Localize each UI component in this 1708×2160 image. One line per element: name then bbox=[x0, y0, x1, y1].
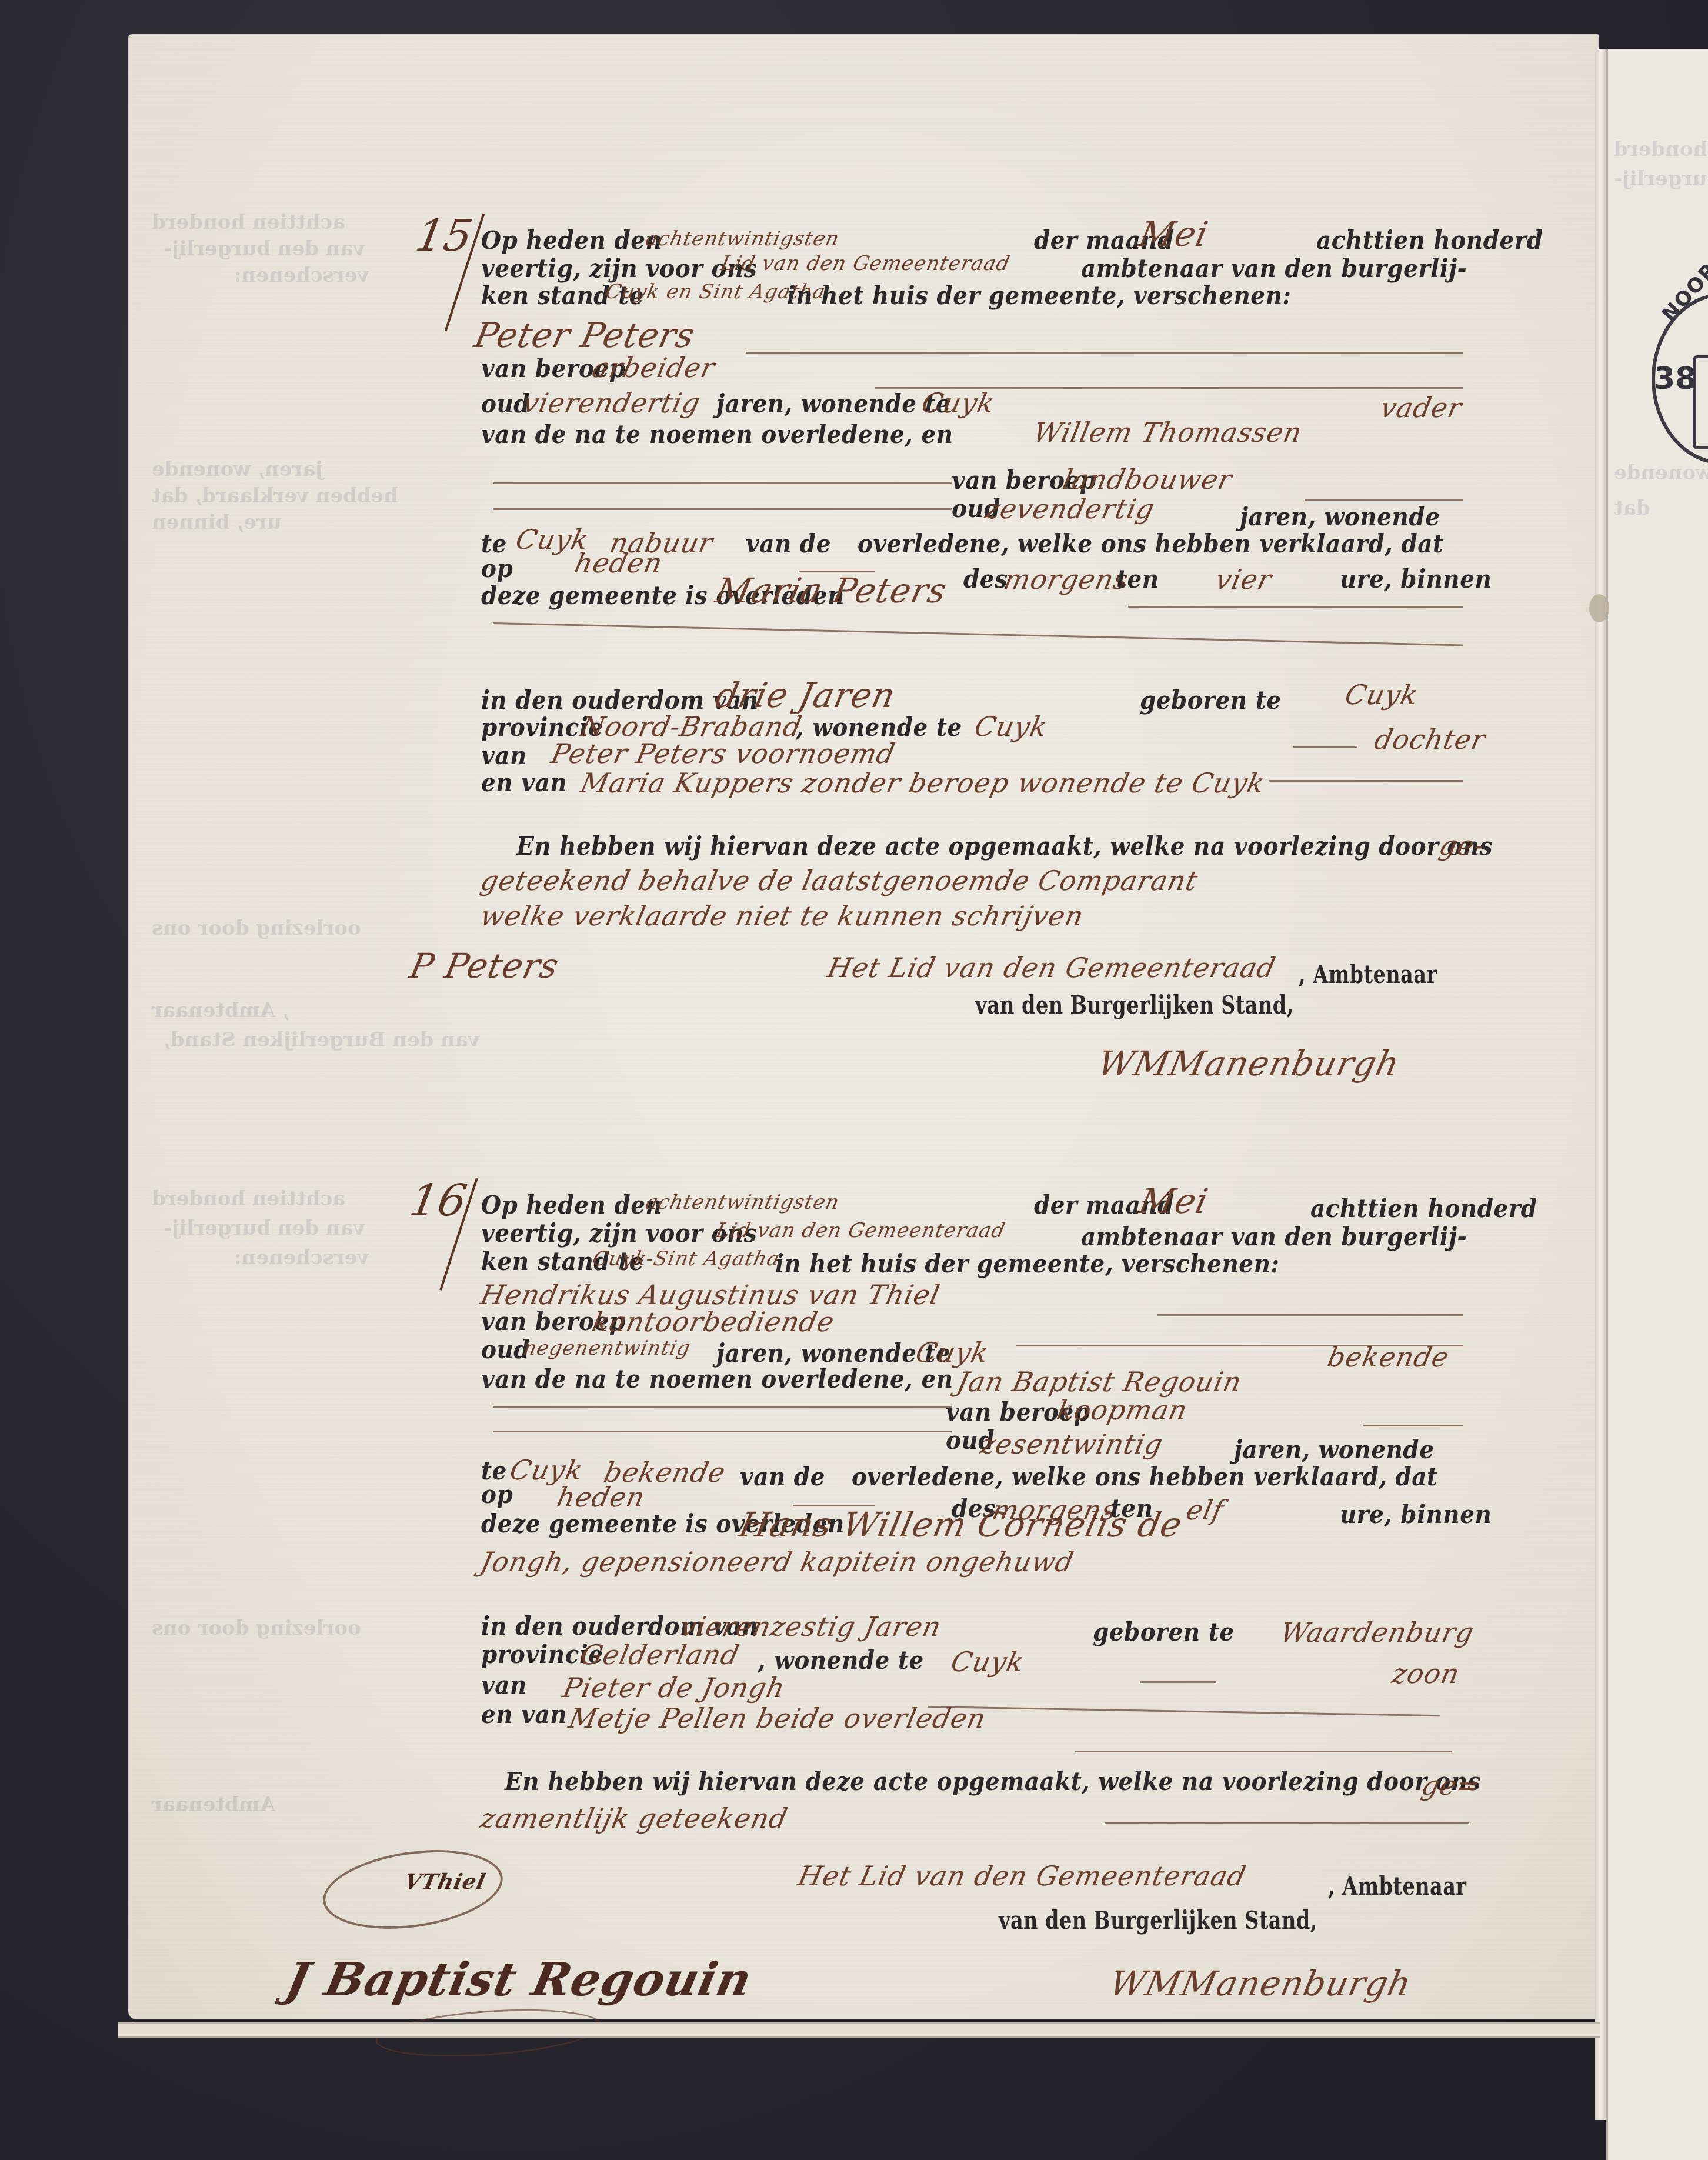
bleed-through-text: oorlezing door ons bbox=[152, 1616, 361, 1640]
handwritten-closing-note: welke verklaarde niet te kunnen schrijve… bbox=[478, 900, 1086, 932]
fill-line bbox=[1305, 499, 1463, 501]
handwritten-time-of-day: morgens bbox=[1001, 564, 1132, 595]
printed-text: op bbox=[481, 1479, 513, 1509]
handwritten-declarant2-age: zesentwintig bbox=[978, 1428, 1166, 1460]
handwritten-declarant1-residence: Cuyk bbox=[919, 387, 998, 419]
printed-text: op bbox=[481, 553, 513, 584]
printed-text: jaren, wonende bbox=[1240, 501, 1440, 532]
bleed-through-text: van den burgerlij- bbox=[164, 1216, 365, 1240]
handwritten-child-relation: zoon bbox=[1389, 1658, 1463, 1689]
printed-text: van den Burgerlijken Stand, bbox=[999, 1905, 1317, 1935]
handwritten-deceased-name: Maria Peters bbox=[712, 571, 951, 611]
printed-text: en van bbox=[481, 767, 567, 798]
handwritten-death-day: heden bbox=[572, 547, 666, 579]
bleed-through-text: verschenen: bbox=[234, 1246, 369, 1269]
bleed-through-text: verschenen: bbox=[234, 264, 369, 287]
printed-text: overledene, welke ons hebben verklaard, … bbox=[852, 1461, 1437, 1492]
printed-text: van den Burgerlijken Stand, bbox=[975, 990, 1294, 1020]
stamp-frame bbox=[1693, 355, 1708, 449]
printed-text: des bbox=[963, 564, 1008, 594]
printed-text: van de bbox=[740, 1461, 825, 1492]
printed-text: Op heden den bbox=[481, 225, 662, 255]
printed-text: veertig, zijn voor ons bbox=[481, 253, 757, 284]
printed-text: van de na te noemen overledene, en bbox=[481, 419, 953, 449]
printed-text: jaren, wonende te bbox=[716, 388, 950, 419]
printed-text: , wonende te bbox=[758, 1645, 924, 1675]
fill-line bbox=[928, 1706, 1440, 1716]
fill-line bbox=[493, 622, 1463, 646]
handwritten-declarant1-name: Peter Peters bbox=[471, 315, 699, 355]
stamp-number: 38 bbox=[1654, 361, 1696, 396]
printed-text: ambtenaar van den burgerlij- bbox=[1081, 1221, 1467, 1252]
handwritten-deceased-age: drie Jaren bbox=[712, 675, 899, 715]
handwritten-registrar-title: Lid van den Gemeenteraad bbox=[719, 252, 1012, 275]
handwritten-birthplace: Waardenburg bbox=[1277, 1616, 1477, 1648]
handwritten-day: achtentwintigsten bbox=[643, 227, 842, 251]
printed-text: ten bbox=[1116, 564, 1159, 594]
printed-text: achttien honderd bbox=[1316, 225, 1543, 255]
handwritten-closing-note: ge- bbox=[1436, 829, 1487, 861]
handwritten-declarant2-name: Jan Baptist Regouin bbox=[954, 1366, 1245, 1398]
printed-text: , Ambtenaar bbox=[1299, 959, 1437, 989]
handwritten-mother: Maria Kuppers zonder beroep wonende te C… bbox=[578, 767, 1267, 799]
printed-text: , Ambtenaar bbox=[1328, 1871, 1466, 1901]
handwritten-declarant1-occupation: arbeider bbox=[589, 352, 718, 384]
signature-declarant2: J Baptist Regouin bbox=[281, 1953, 756, 2006]
handwritten-deceased-age: vierenzestig Jaren bbox=[678, 1611, 944, 1642]
printed-text: van bbox=[481, 1669, 527, 1700]
handwritten-month: Mei bbox=[1136, 214, 1212, 254]
fill-line bbox=[493, 1431, 952, 1432]
fill-line bbox=[493, 482, 952, 484]
printed-text: ambtenaar van den burgerlij- bbox=[1081, 253, 1467, 284]
handwritten-declarant1-relation: vader bbox=[1377, 392, 1465, 424]
printed-text: achttien honderd bbox=[1310, 1193, 1537, 1224]
printed-text: in het huis der gemeente, verschenen: bbox=[775, 1248, 1279, 1279]
handwritten-closing-note: zamentlijk geteekend bbox=[478, 1802, 790, 1834]
printed-text: ure, binnen bbox=[1340, 1499, 1492, 1529]
signature-registrar: WMManenburgh bbox=[1095, 1044, 1403, 1084]
page-bottom-edge bbox=[118, 2022, 1600, 2038]
printed-text: geboren te bbox=[1093, 1616, 1235, 1647]
bleed-through-text: van den Burgerlijken Stand, bbox=[164, 1028, 480, 1052]
handwritten-closing-note: geteekend behalve de laatstgenoemde Comp… bbox=[478, 865, 1201, 896]
handwritten-deceased-name: Hans Willem Cornelis de bbox=[736, 1505, 1186, 1545]
entry-number: 15 bbox=[412, 211, 476, 261]
handwritten-declarant1-age: vierendertig bbox=[520, 387, 703, 419]
signature-registrar-title: Het Lid van den Gemeenteraad bbox=[825, 952, 1278, 984]
handwritten-declarant2-age: zevendertig bbox=[982, 493, 1157, 525]
fill-line bbox=[1075, 1751, 1452, 1752]
bleed-through-text: van den burgerlij- bbox=[164, 237, 365, 261]
signature-registrar-title: Het Lid van den Gemeenteraad bbox=[795, 1860, 1249, 1892]
printed-text: En hebben wij hiervan deze acte opgemaak… bbox=[516, 831, 1493, 861]
page-gutter bbox=[1595, 49, 1606, 2120]
handwritten-hour: elf bbox=[1183, 1494, 1226, 1526]
fill-line bbox=[1157, 1314, 1463, 1316]
printed-text: overledene, welke ons hebben verklaard, … bbox=[858, 528, 1443, 559]
printed-text: Op heden den bbox=[481, 1189, 662, 1220]
handwritten-deceased-name: Jongh, gepensioneerd kapitein ongehuwd bbox=[478, 1546, 1077, 1578]
handwritten-residence: Cuyk bbox=[972, 711, 1050, 742]
bleed-through-text: ure, binnen bbox=[152, 511, 281, 534]
printed-text: en van bbox=[481, 1699, 567, 1729]
fill-line bbox=[746, 352, 1463, 354]
fill-line bbox=[493, 508, 952, 510]
handwritten-mother: Metje Pellen beide overleden bbox=[566, 1702, 989, 1734]
printed-text: jaren, wonende bbox=[1234, 1434, 1434, 1465]
bleed-through-text: Ambtenaar bbox=[152, 1793, 275, 1816]
handwritten-declarant2-occupation: koopman bbox=[1054, 1394, 1190, 1426]
bleed-through-text: hebben verklaard, dat bbox=[152, 484, 398, 508]
printed-text: van bbox=[481, 740, 527, 771]
fill-line bbox=[1363, 1425, 1463, 1426]
signature-flourish bbox=[318, 1839, 508, 1939]
fill-line bbox=[493, 1406, 952, 1408]
handwritten-province: Gelderland bbox=[578, 1639, 742, 1671]
handwritten-declarant1-occupation: kantoorbediende bbox=[589, 1306, 838, 1338]
bleed-through-text: achttien honderd bbox=[152, 1187, 345, 1211]
printed-text: ure, binnen bbox=[1340, 564, 1492, 594]
handwritten-declarant1-age: negenentwintig bbox=[521, 1336, 693, 1360]
handwritten-registrar-title: Lid van den Gemeenteraad bbox=[714, 1219, 1008, 1242]
bleed-through-text: honderd bbox=[1614, 138, 1707, 161]
handwritten-declarant2-occupation: landbouwer bbox=[1060, 464, 1235, 495]
printed-text: van de na te noemen overledene, en bbox=[481, 1364, 953, 1394]
signature-declarant: P Peters bbox=[406, 946, 563, 986]
handwritten-father: Pieter de Jongh bbox=[560, 1672, 788, 1704]
handwritten-declarant2-name: Willem Thomassen bbox=[1030, 416, 1305, 448]
bleed-through-text: , Ambtenaar bbox=[152, 999, 289, 1022]
bleed-through-text: oorlezing door ons bbox=[152, 916, 361, 940]
fill-line bbox=[1105, 1822, 1469, 1824]
bleed-through-text: wonende bbox=[1614, 461, 1708, 485]
handwritten-child-relation: dochter bbox=[1372, 724, 1489, 755]
signature-registrar: WMManenburgh bbox=[1106, 1964, 1415, 2004]
fill-line bbox=[1293, 746, 1357, 748]
fill-line bbox=[1128, 606, 1463, 608]
printed-text: in het huis der gemeente, verschenen: bbox=[787, 280, 1291, 311]
bleed-through-text: dat bbox=[1614, 496, 1650, 520]
handwritten-residence: Cuyk bbox=[948, 1646, 1027, 1678]
handwritten-month: Mei bbox=[1136, 1181, 1212, 1221]
printed-text: En hebben wij hiervan deze acte opgemaak… bbox=[505, 1766, 1481, 1796]
register-page: achttien honderd van den burgerlij- vers… bbox=[128, 34, 1599, 2019]
printed-text: geboren te bbox=[1140, 685, 1282, 715]
handwritten-day: achtentwintigsten bbox=[643, 1191, 842, 1214]
handwritten-closing-note: ge= bbox=[1419, 1769, 1483, 1801]
handwritten-hour: vier bbox=[1213, 564, 1275, 595]
printed-text: van de bbox=[746, 528, 831, 559]
bleed-through-text: burgerlij- bbox=[1614, 167, 1708, 191]
handwritten-declarant1-relation: bekende bbox=[1325, 1341, 1452, 1373]
bleed-through-text: jaren, wonende bbox=[152, 458, 323, 481]
entry-number: 16 bbox=[406, 1175, 470, 1226]
fill-line bbox=[1269, 780, 1463, 782]
handwritten-father: Peter Peters voornoemd bbox=[548, 738, 898, 769]
paper-damage bbox=[1589, 594, 1609, 622]
handwritten-place: Cuyk-Sint Agatha bbox=[591, 1247, 782, 1271]
bleed-through-text: achttien honderd bbox=[152, 211, 345, 234]
fill-line bbox=[1140, 1681, 1216, 1683]
handwritten-birthplace: Cuyk bbox=[1342, 679, 1421, 711]
